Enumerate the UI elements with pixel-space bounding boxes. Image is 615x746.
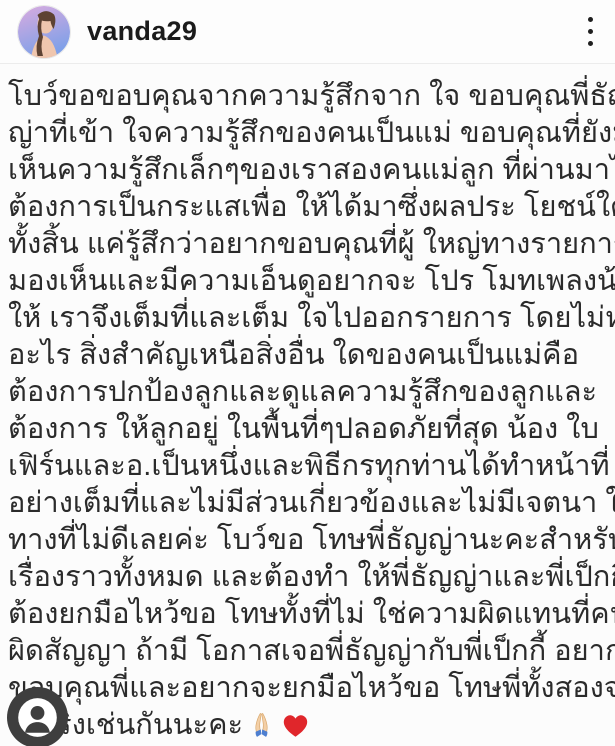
caption-line: อะไร สิ่งสำคัญเหนือสิ่งอื่น ใดของคนเป็นแ… (8, 337, 609, 374)
post-header: vanda29 (0, 0, 615, 63)
caption-line: มองเห็นและมีความเอ็นดูอยากจะ โปร โมทเพลง… (8, 263, 609, 300)
folded-hands-icon (246, 710, 277, 741)
red-heart-icon (280, 710, 311, 741)
caption: โบว์ขอขอบคุณจากความรู้สึกจาก ใจ ขอบคุณพี… (0, 64, 615, 744)
caption-line: ทั้งสิ้น แค่รู้สึกว่าอยากขอบคุณที่ผู้ ให… (8, 226, 609, 263)
kebab-menu-icon (588, 17, 593, 22)
caption-line: ทางที่ไม่ดีเลยค่ะ โบว์ขอ โทษพี่ธัญญ่านะค… (8, 522, 609, 559)
caption-line: เห็นความรู้สึกเล็กๆของเราสองคนแม่ลูก ที่… (8, 152, 609, 189)
caption-line: อย่างเต็มที่และไม่มีส่วนเกี่ยวข้องและไม่… (8, 485, 609, 522)
profile-photo (18, 6, 70, 58)
more-options-button[interactable] (580, 11, 601, 52)
caption-line: ญ่าที่เข้า ใจความรู้สึกของคนเป็นแม่ ขอบค… (8, 115, 609, 152)
caption-line: ให้ เราจึงเต็มที่และเต็ม ใจไปออกรายการ โ… (8, 300, 609, 337)
caption-line: เรื่องราวทั้งหมด และต้องทำ ให้พี่ธัญญ่าแ… (8, 559, 609, 596)
caption-line: เฟิร์นและอ.เป็นหนึ่งและพิธีกรทุกท่านได้ท… (8, 448, 609, 485)
avatar[interactable] (18, 6, 70, 58)
instagram-post-view: vanda29 โบว์ขอขอบคุณจากความรู้สึกจาก ใจ … (0, 0, 615, 746)
caption-line: ต้องการ ให้ลูกอยู่ ในพื้นที่ๆปลอดภัยที่ส… (8, 411, 609, 448)
caption-line: ต้องยกมือไหว้ขอ โทษทั้งที่ไม่ ใช่ความผิด… (8, 596, 609, 633)
caption-line: ต้องการเป็นกระแสเพื่อ ให้ได้มาซึ่งผลประ … (8, 189, 609, 226)
contact-floating-button[interactable] (7, 687, 68, 746)
person-icon (7, 687, 68, 746)
caption-line: ขอบคุณพี่และอยากจะยกมือไหว้ขอ โทษพี่ทั้ง… (8, 670, 609, 707)
caption-line: ผิดสัญญา ถ้ามี โอกาสเจอพี่ธัญญ่ากับพี่เป… (8, 633, 609, 670)
caption-last-line: ใจจริงเช่นกันนะคะ (8, 707, 609, 744)
username[interactable]: vanda29 (87, 16, 197, 47)
caption-line: โบว์ขอขอบคุณจากความรู้สึกจาก ใจ ขอบคุณพี… (8, 78, 609, 115)
caption-line: ต้องการปกป้องลูกและดูแลความรู้สึกของลูกแ… (8, 374, 609, 411)
